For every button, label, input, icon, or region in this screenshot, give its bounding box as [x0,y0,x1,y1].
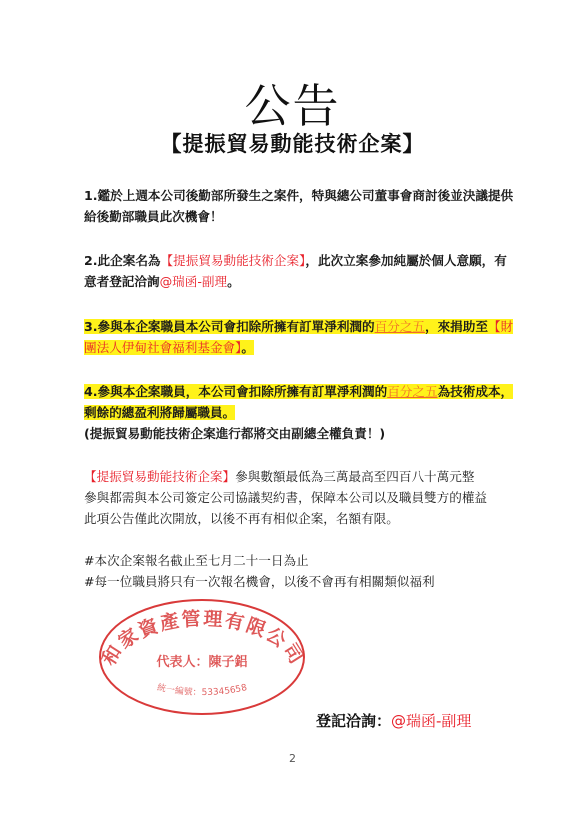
paragraph-3: 3.參與本企案職員本公司會扣除所擁有訂單淨利潤的百分之五，來捐助至【財團法人伊甸… [84,316,514,358]
paragraph-3-end: 。 [241,340,254,355]
paragraph-4-note: (提振貿易動能技術企案進行都將交由副總全權負責！) [84,426,385,441]
paragraph-5: 【提振貿易動能技術企案】參與數額最低為三萬最高至四百八十萬元整 參與都需與本公司… [84,466,514,529]
paragraph-2: 2.此企案名為【提振貿易動能技術企案】，此次立案參加純屬於個人意願，有意者登記洽… [84,250,514,292]
paragraph-1: 1.鑑於上週本公司後勤部所發生之案件，特與總公司董事會商討後並決議提供給後勤部職… [84,185,514,227]
one-time-note: #每一位職員將只有一次報名機會，以後不會再有相關類似福利 [84,574,435,589]
stamp-unified-number: 統一編號：53345658 [156,681,248,698]
stamp-representative: 代表人：陳子鋁 [156,654,247,670]
svg-text:統一編號：53345658: 統一編號：53345658 [156,681,248,698]
document-page: 公告 【提振貿易動能技術企案】 1.鑑於上週本公司後勤部所發生之案件，特與總公司… [0,0,585,836]
paragraph-6: #本次企案報名截止至七月二十一日為止 #每一位職員將只有一次報名機會，以後不會再… [84,550,514,592]
paragraph-5-line-2: 參與都需與本公司簽定公司協議契約書，保障本公司以及職員雙方的權益 [84,490,487,505]
paragraph-3-middle: ，來捐助至 [425,319,488,334]
deadline-note: #本次企案報名截止至七月二十一日為止 [84,553,309,568]
paragraph-2-end: 。 [227,274,240,289]
company-seal-stamp: 和家資產管理有限公司 代表人：陳子鋁 統一編號：53345658 [96,596,308,718]
project-name: 【提振貿易動能技術企案】 [161,253,306,268]
paragraph-1-text: 1.鑑於上週本公司後勤部所發生之案件，特與總公司董事會商討後並決議提供給後勤部職… [84,188,513,224]
paragraph-4: 4.參與本企案職員，本公司會扣除所擁有訂單淨利潤的百分之五為技術成本，剩餘的總盈… [84,381,514,444]
contact-value: @瑞函-副理 [391,712,471,730]
paragraph-4-prefix: 4.參與本企案職員，本公司會扣除所擁有訂單淨利潤的 [84,384,387,399]
page-subtitle: 【提振貿易動能技術企案】 [0,128,585,158]
percent-highlight: 百分之五 [375,319,425,334]
project-name: 【提振貿易動能技術企案】 [84,469,235,484]
paragraph-2-prefix: 2.此企案名為 [84,253,161,268]
paragraph-5-line-1: 參與數額最低為三萬最高至四百八十萬元整 [235,469,474,484]
percent-highlight: 百分之五 [387,384,437,399]
paragraph-3-prefix: 3.參與本企案職員本公司會扣除所擁有訂單淨利潤的 [84,319,375,334]
contact-line: 登記洽詢：@瑞函-副理 [316,710,471,731]
contact-mention: @瑞函-副理 [160,274,228,289]
page-title: 公告 [0,70,585,136]
contact-label: 登記洽詢： [316,712,391,730]
page-number: 2 [0,752,585,765]
paragraph-5-line-3: 此項公告僅此次開放，以後不再有相似企案，名額有限。 [84,511,399,526]
